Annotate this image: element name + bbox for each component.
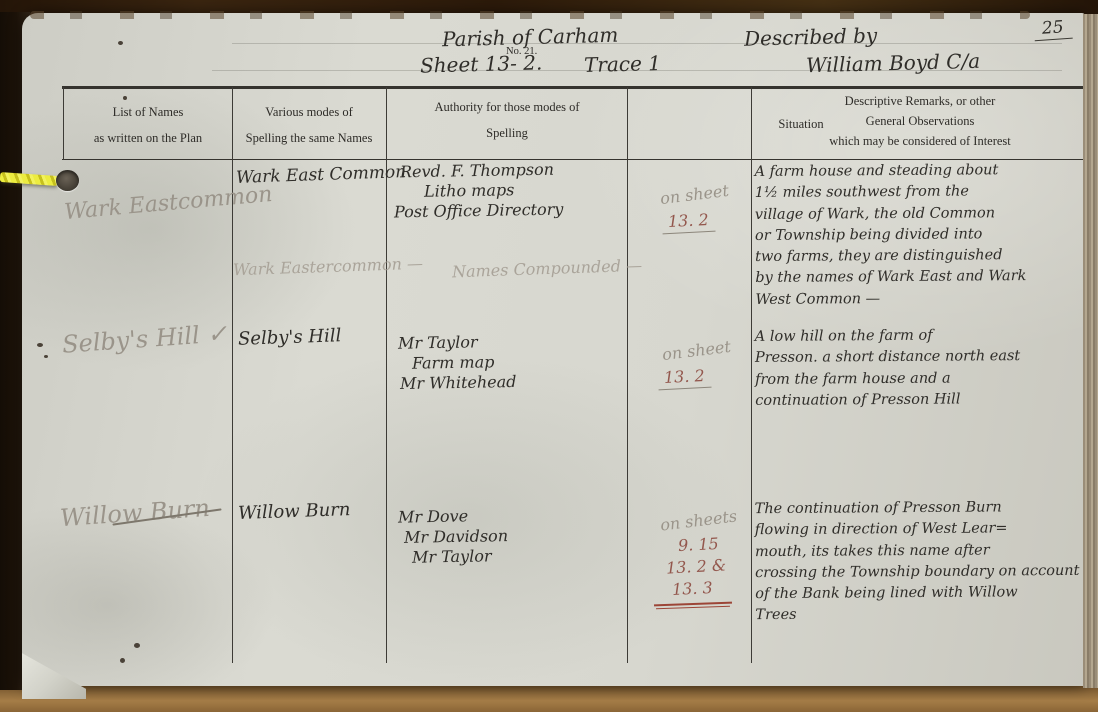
page-stack-edge [1083, 14, 1098, 688]
authority-entry: Mr Dove [398, 506, 468, 526]
plan-name: Wark Eastcommon [63, 182, 273, 225]
col-header-remarks: Descriptive Remarks, or otherGeneral Obs… [755, 91, 1085, 151]
col-header-names: List of Namesas written on the Plan [66, 99, 230, 151]
sheet-label: Sheet 13- 2. [420, 50, 543, 77]
table-left-rule [63, 87, 64, 160]
sheet-ref: 13. 2 & [666, 555, 727, 577]
check-mark: ✓ [206, 319, 228, 348]
spelling-entry-pencil: Wark Eastercommon — [233, 254, 424, 280]
trace-label: Trace 1 [584, 51, 662, 77]
authority-entry: Litho maps [424, 180, 515, 201]
ruled-line [232, 43, 1062, 44]
authority-entry: Mr Davidson [404, 526, 508, 547]
paper-speck [120, 658, 125, 663]
situation-label: on sheet [659, 181, 730, 208]
situation-label: on sheets [659, 506, 738, 534]
col-header-authority: Authority for those modes ofSpelling [390, 94, 624, 146]
ledger-page: 25 Parish of Carham No. 21. Sheet 13- 2.… [22, 13, 1085, 686]
described-by-label: Described by [744, 23, 878, 50]
authority-entry: Mr Taylor [398, 332, 478, 352]
paper-speck [37, 343, 43, 347]
remarks-text: A low hill on the farm ofPresson. a shor… [755, 325, 1021, 412]
table-surface-bottom [0, 684, 1098, 712]
paper-speck [44, 355, 48, 358]
spelling-entry: Wark East Common [236, 162, 407, 188]
sheet-ref: 13. 2 [657, 366, 711, 391]
authority-entry: Farm map [412, 352, 495, 372]
paper-speck [134, 643, 140, 648]
situation-label: on sheet [661, 337, 732, 364]
page-corner-curl [22, 643, 86, 699]
plan-name: Selby's Hill ✓ [61, 319, 228, 358]
spelling-entry: Selby's Hill [238, 325, 342, 350]
torn-paper-edge [30, 11, 1030, 19]
paper-speck [123, 96, 127, 100]
page-number: 25 [1033, 17, 1072, 42]
red-underline [656, 606, 730, 610]
punch-hole [56, 170, 79, 191]
remarks-text: A farm house and steading about1½ miles … [754, 160, 1026, 311]
table-top-rule [62, 86, 1088, 89]
authority-entry: Revd. F. Thompson [400, 160, 554, 182]
sheet-ref: 9. 15 [678, 534, 720, 555]
paper-speck [118, 41, 123, 45]
sheet-ref: 13. 3 [672, 578, 714, 599]
col-divider-4 [751, 87, 752, 663]
authority-entry: Mr Taylor [412, 546, 492, 566]
plan-name-text: Selby's Hill [61, 321, 200, 359]
sheet-ref: 13. 2 [661, 210, 715, 235]
col-divider-3 [627, 87, 628, 663]
describer-name: William Boyd C/a [806, 49, 981, 78]
col-header-modes: Various modes ofSpelling the same Names [235, 99, 383, 151]
spelling-entry: Willow Burn [238, 499, 351, 524]
name-book-photo: 25 Parish of Carham No. 21. Sheet 13- 2.… [0, 0, 1098, 712]
authority-entry-pencil: Names Compounded — [452, 256, 643, 282]
remarks-text: The continuation of Presson Burnflowing … [755, 497, 1080, 627]
col-divider-1 [232, 87, 233, 663]
authority-entry: Post Office Directory [394, 200, 564, 222]
authority-entry: Mr Whitehead [400, 372, 517, 393]
